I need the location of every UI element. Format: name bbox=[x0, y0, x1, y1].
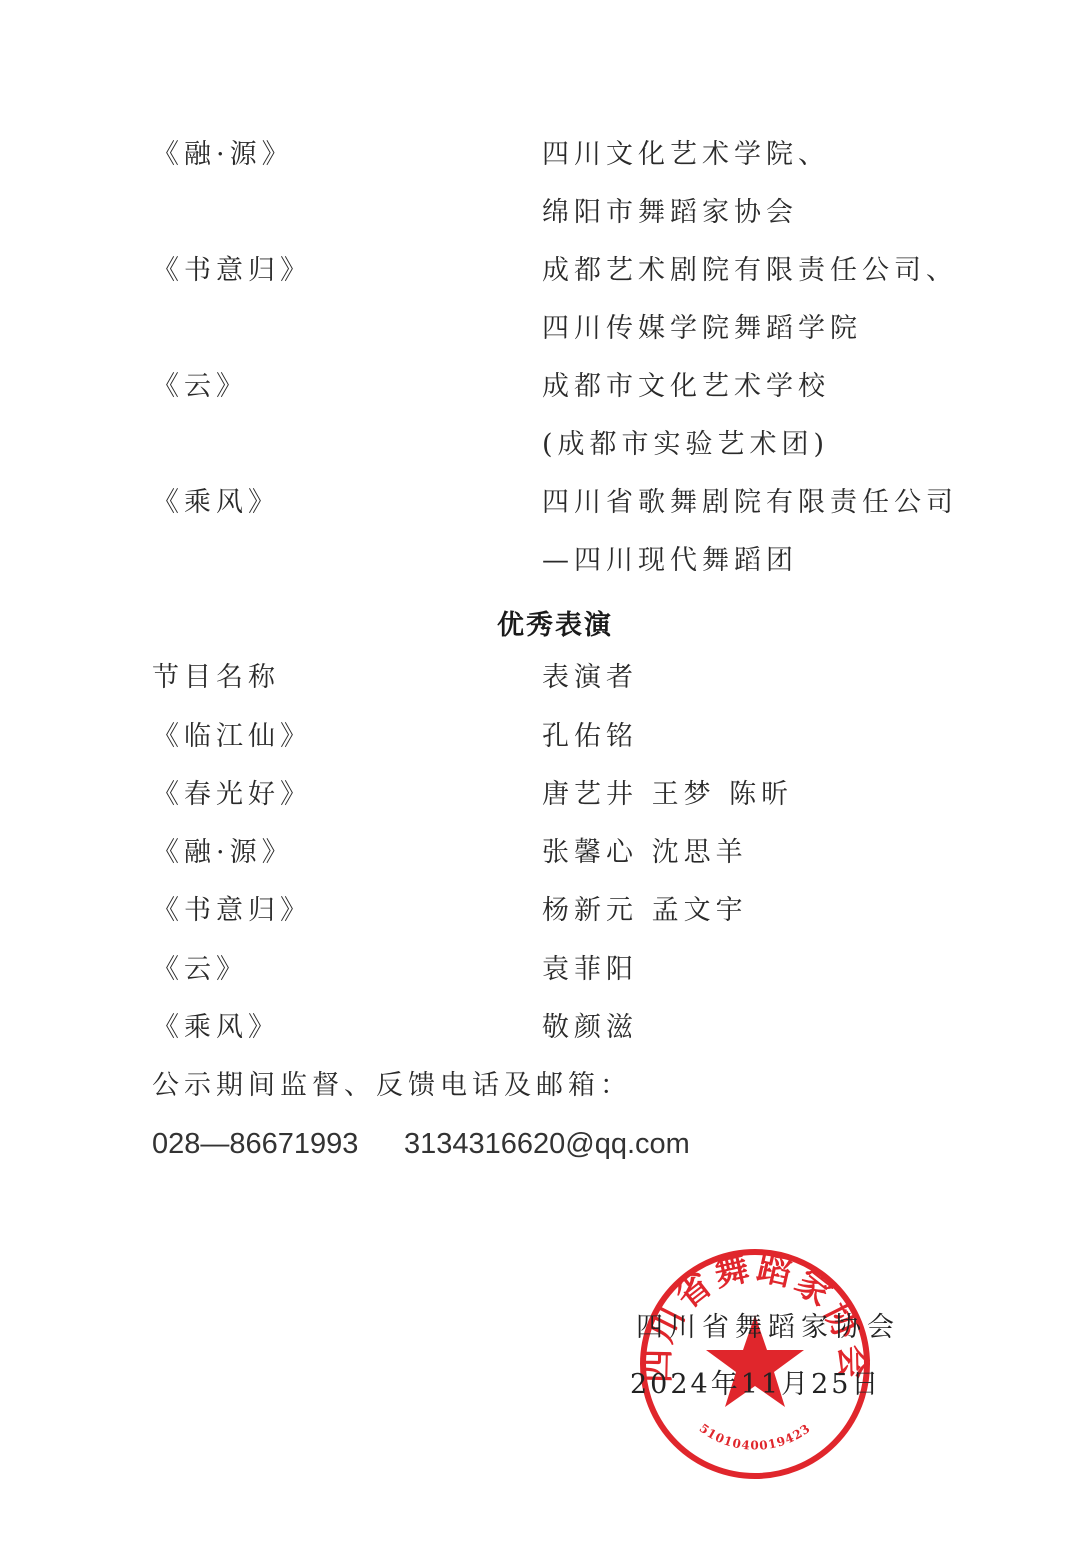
work-organizer: —四川现代舞蹈团 bbox=[542, 544, 798, 578]
table-row-program: 《云》 bbox=[152, 953, 248, 987]
contact-phone: 028—86671993 bbox=[152, 1127, 358, 1161]
work-title: 《云》 bbox=[152, 370, 248, 404]
table-row-performer: 张馨心 沈思羊 bbox=[542, 836, 748, 870]
svg-text:5101040019423: 5101040019423 bbox=[697, 1421, 813, 1453]
signature-date: 2024年11月25日 bbox=[630, 1362, 881, 1401]
table-row-performer: 敬颜滋 bbox=[542, 1011, 638, 1045]
table-row-performer: 杨新元 孟文宇 bbox=[542, 894, 748, 928]
work-organizer: 四川文化艺术学院、 bbox=[542, 138, 830, 172]
table-row-performer: 孔佑铭 bbox=[542, 720, 638, 754]
work-title: 《融·源》 bbox=[152, 138, 294, 172]
contact-email: 3134316620@qq.com bbox=[404, 1127, 690, 1161]
work-title: 《书意归》 bbox=[152, 254, 312, 288]
contact-label: 公示期间监督、反馈电话及邮箱： bbox=[152, 1069, 632, 1103]
work-organizer: 绵阳市舞蹈家协会 bbox=[542, 196, 798, 230]
work-organizer: 成都市文化艺术学校 bbox=[542, 370, 830, 404]
table-row-program: 《融·源》 bbox=[152, 836, 294, 870]
section-title: 优秀表演 bbox=[0, 603, 1080, 642]
work-organizer: 成都艺术剧院有限责任公司、 bbox=[542, 254, 958, 288]
signature-org: 四川省舞蹈家协会 bbox=[636, 1305, 900, 1344]
table-row-performer: 袁菲阳 bbox=[542, 953, 638, 987]
seal-code: 5101040019423 bbox=[697, 1421, 813, 1453]
work-title: 《乘风》 bbox=[152, 486, 280, 520]
table-row-program: 《春光好》 bbox=[152, 778, 312, 812]
table-row-program: 《临江仙》 bbox=[152, 720, 312, 754]
table-row-performer: 唐艺井 王梦 陈昕 bbox=[542, 778, 793, 812]
work-organizer: 四川传媒学院舞蹈学院 bbox=[542, 312, 862, 346]
column-header-performer: 表演者 bbox=[542, 661, 638, 695]
work-organizer: 四川省歌舞剧院有限责任公司 bbox=[542, 486, 958, 520]
table-row-program: 《乘风》 bbox=[152, 1011, 280, 1045]
table-row-program: 《书意归》 bbox=[152, 894, 312, 928]
column-header-program: 节目名称 bbox=[152, 661, 280, 695]
work-organizer: (成都市实验艺术团) bbox=[542, 428, 829, 462]
